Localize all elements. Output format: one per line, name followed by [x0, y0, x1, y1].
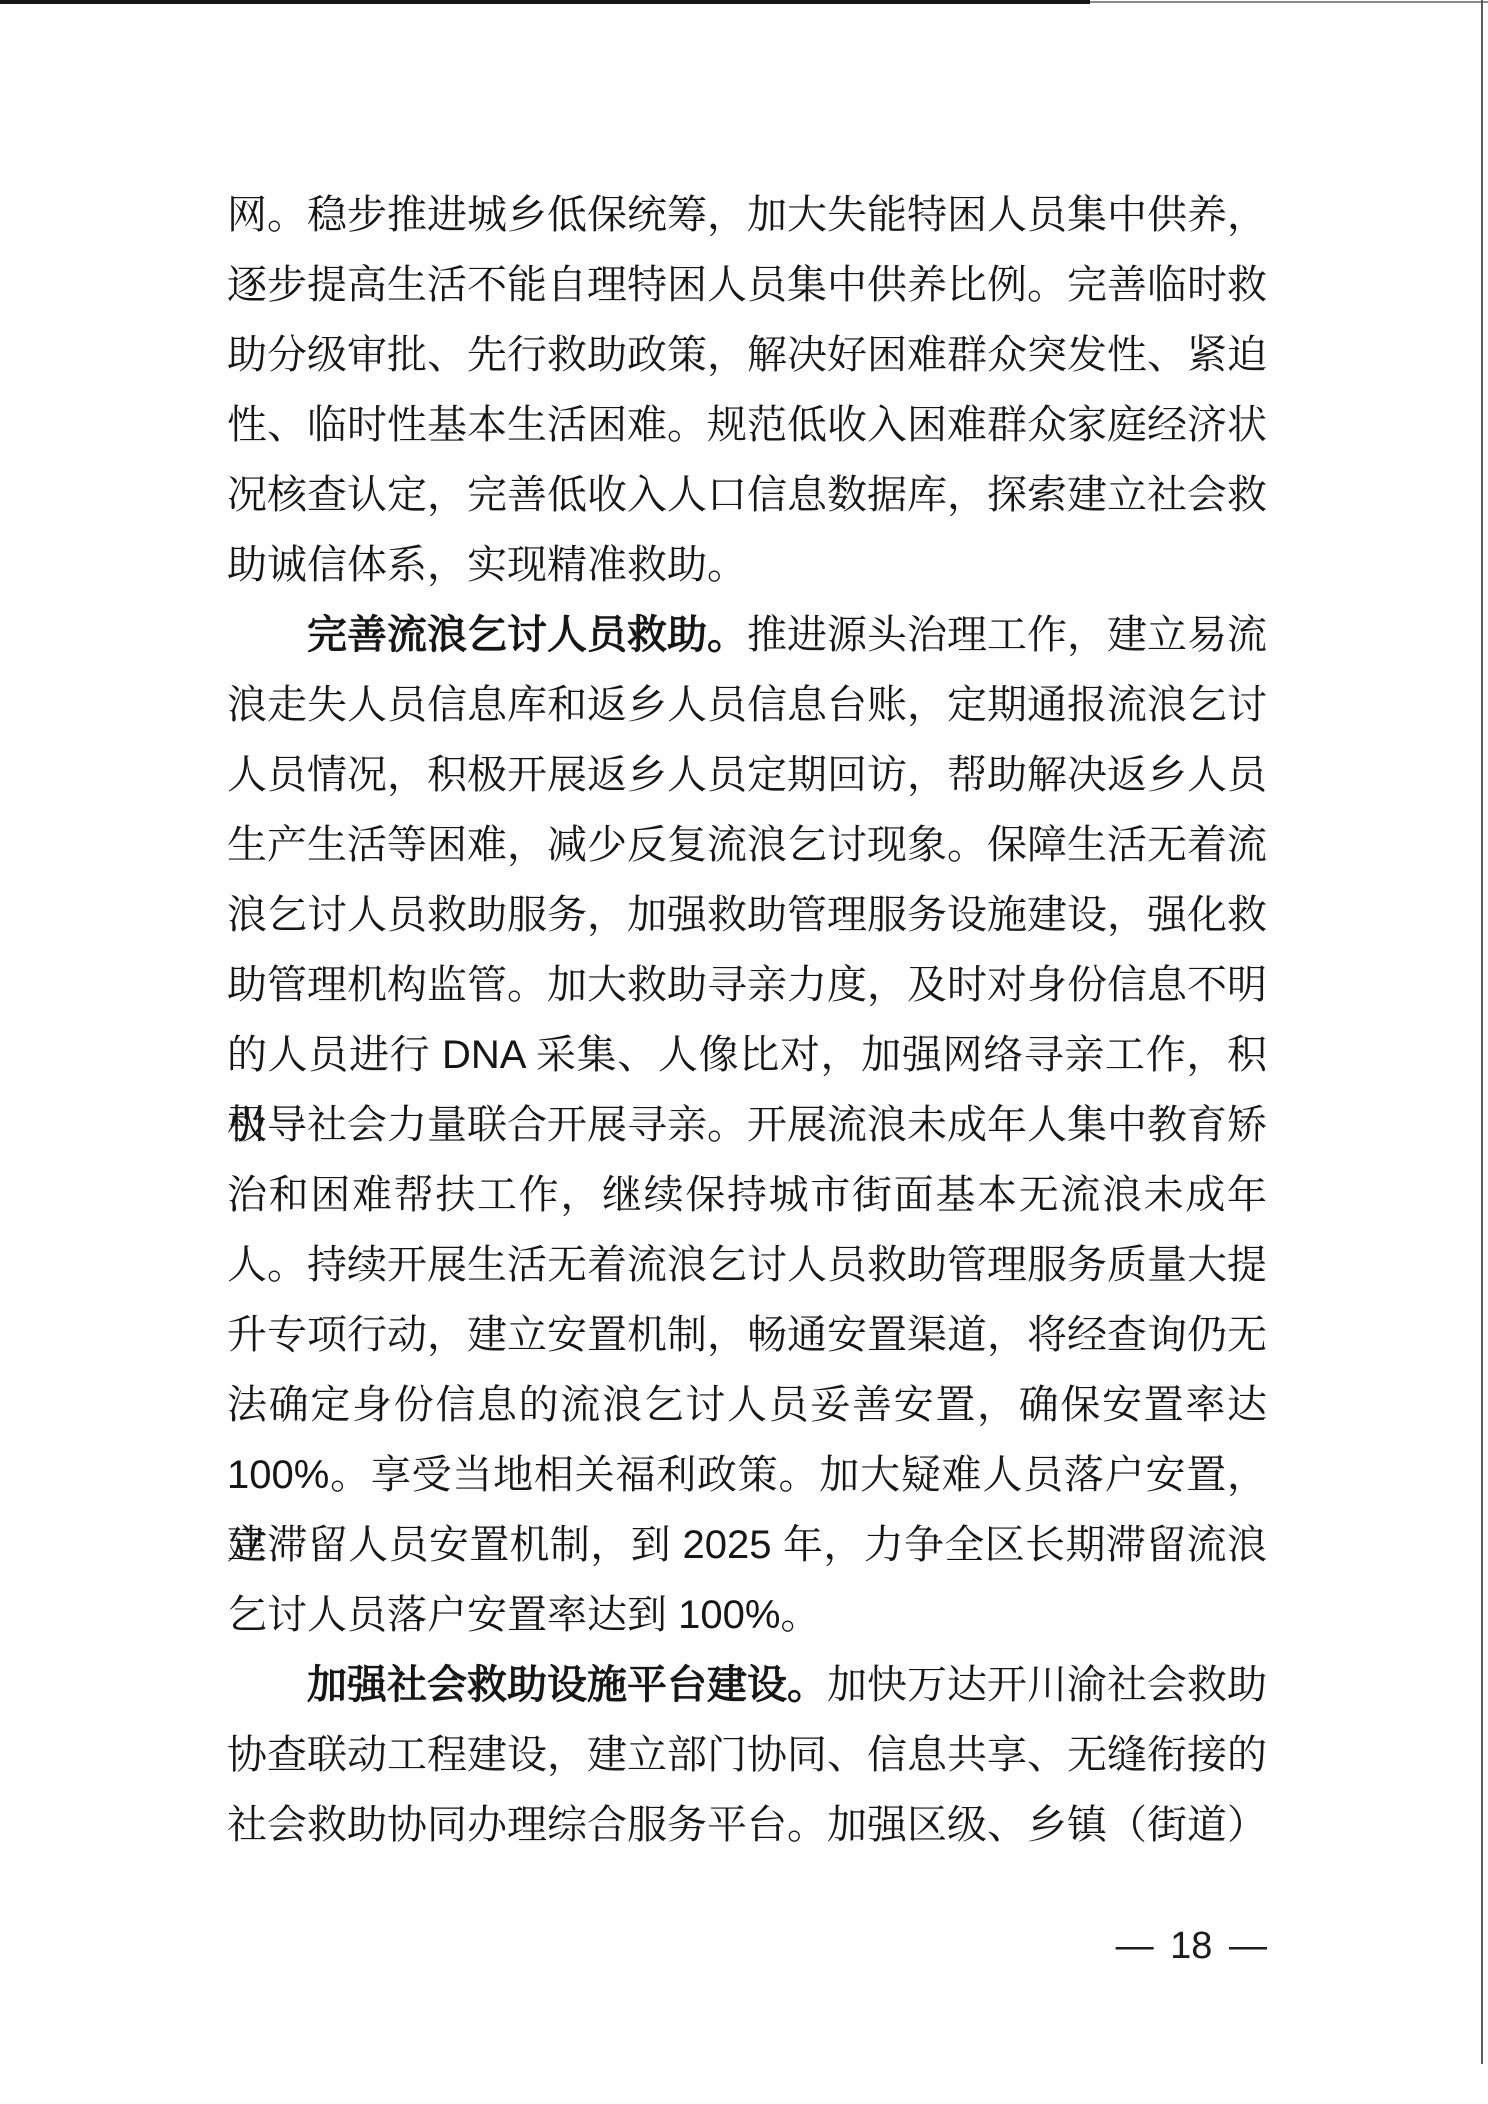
text-line: 社会救助协同办理综合服务平台。加强区级、乡镇（街道）	[227, 1790, 1267, 1860]
document-body: 网。稳步推进城乡低保统筹，加大失能特困人员集中供养， 逐步提高生活不能自理特困人…	[227, 180, 1267, 1860]
scan-artifact-top-right	[1090, 1, 1488, 3]
page-number: — 18 —	[227, 1916, 1267, 1976]
text-line: 助诚信体系，实现精准救助。	[227, 530, 1267, 600]
text-line: 人。持续开展生活无着流浪乞讨人员救助管理服务质量大提	[227, 1230, 1267, 1300]
text-run: 加快万达开川渝社会救助	[827, 1663, 1267, 1707]
paragraph-lead: 加强社会救助设施平台建设。	[307, 1663, 827, 1707]
text-line: 逐步提高生活不能自理特困人员集中供养比例。完善临时救	[227, 250, 1267, 320]
scan-artifact-right-edge	[1481, 0, 1483, 2064]
text-line: 人员情况，积极开展返乡人员定期回访，帮助解决返乡人员	[227, 740, 1267, 810]
paragraph-lead: 完善流浪乞讨人员救助。	[307, 613, 747, 657]
text-line: 升专项行动，建立安置机制，畅通安置渠道，将经查询仍无	[227, 1300, 1267, 1370]
text-line: 立滞留人员安置机制，到 2025 年，力争全区长期滞留流浪	[227, 1510, 1267, 1580]
text-line: 助管理机构监管。加大救助寻亲力度，及时对身份信息不明	[227, 950, 1267, 1020]
document-page: 网。稳步推进城乡低保统筹，加大失能特困人员集中供养， 逐步提高生活不能自理特困人…	[0, 0, 1488, 2104]
text-line: 助分级审批、先行救助政策，解决好困难群众突发性、紧迫	[227, 320, 1267, 390]
text-line: 乞讨人员落户安置率达到 100%。	[227, 1580, 1267, 1650]
text-line: 协查联动工程建设，建立部门协同、信息共享、无缝衔接的	[227, 1720, 1267, 1790]
text-line: 的人员进行 DNA 采集、人像比对，加强网络寻亲工作，积极	[227, 1020, 1267, 1090]
text-line: 性、临时性基本生活困难。规范低收入困难群众家庭经济状	[227, 390, 1267, 460]
text-line: 浪乞讨人员救助服务，加强救助管理服务设施建设，强化救	[227, 880, 1267, 950]
text-line: 完善流浪乞讨人员救助。推进源头治理工作，建立易流	[227, 600, 1267, 670]
text-line: 100%。享受当地相关福利政策。加大疑难人员落户安置，建	[227, 1440, 1267, 1510]
text-line: 引导社会力量联合开展寻亲。开展流浪未成年人集中教育矫	[227, 1090, 1267, 1160]
text-line: 法确定身份信息的流浪乞讨人员妥善安置，确保安置率达	[227, 1370, 1267, 1440]
scan-artifact-top-left	[0, 0, 1090, 4]
text-line: 生产生活等困难，减少反复流浪乞讨现象。保障生活无着流	[227, 810, 1267, 880]
text-line: 加强社会救助设施平台建设。加快万达开川渝社会救助	[227, 1650, 1267, 1720]
text-line: 况核查认定，完善低收入人口信息数据库，探索建立社会救	[227, 460, 1267, 530]
text-run: 推进源头治理工作，建立易流	[747, 613, 1267, 657]
text-line: 网。稳步推进城乡低保统筹，加大失能特困人员集中供养，	[227, 180, 1267, 250]
text-line: 治和困难帮扶工作，继续保持城市街面基本无流浪未成年	[227, 1160, 1267, 1230]
text-line: 浪走失人员信息库和返乡人员信息台账，定期通报流浪乞讨	[227, 670, 1267, 740]
